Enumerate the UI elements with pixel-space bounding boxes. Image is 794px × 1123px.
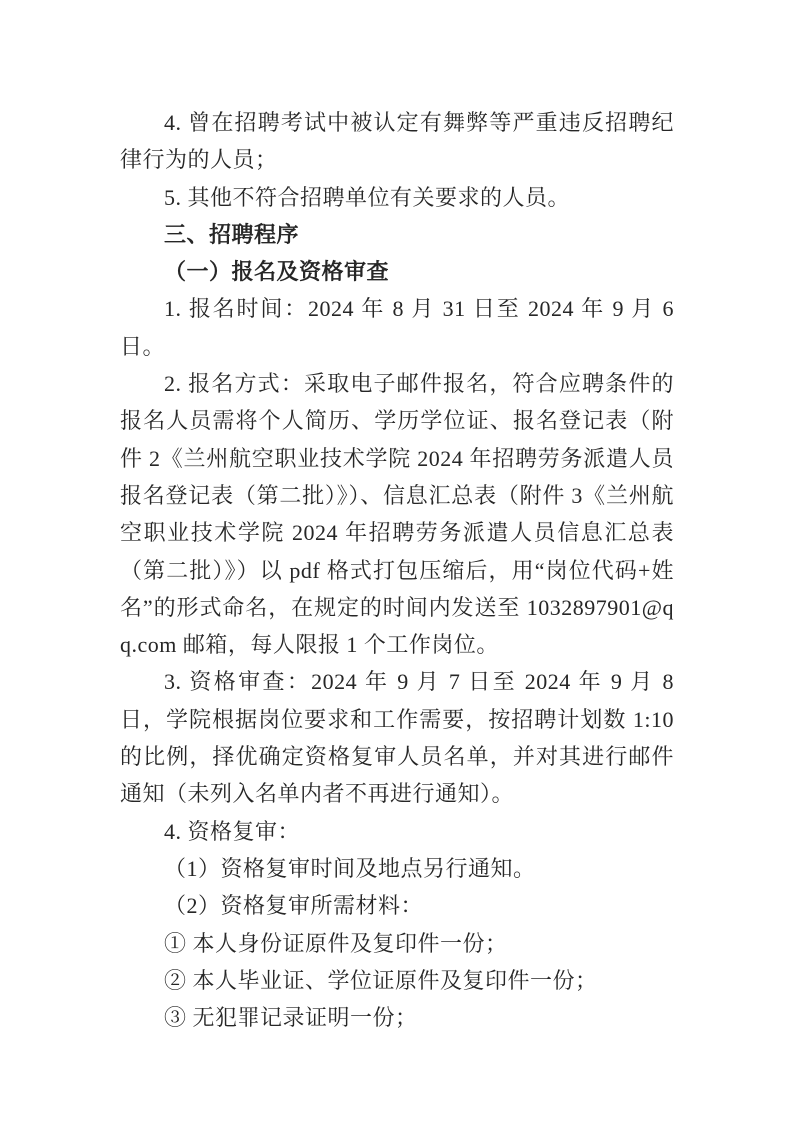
heading-subsection-1-registration-qualification: （一）报名及资格审查 bbox=[120, 253, 674, 290]
document-body: 4. 曾在招聘考试中被认定有舞弊等严重违反招聘纪律行为的人员； 5. 其他不符合… bbox=[120, 104, 674, 1036]
document-page: 4. 曾在招聘考试中被认定有舞弊等严重违反招聘纪律行为的人员； 5. 其他不符合… bbox=[0, 0, 794, 1123]
paragraph-qualification-review: 3. 资格审查：2024 年 9 月 7 日至 2024 年 9 月 8 日，学… bbox=[120, 663, 674, 812]
list-item-no-criminal-record-certificate: ③ 无犯罪记录证明一份； bbox=[120, 999, 674, 1036]
list-item-diploma-degree-original-copy: ② 本人毕业证、学位证原件及复印件一份； bbox=[120, 962, 674, 999]
paragraph-ineligible-item-5: 5. 其他不符合招聘单位有关要求的人员。 bbox=[120, 179, 674, 216]
paragraph-registration-time: 1. 报名时间：2024 年 8 月 31 日至 2024 年 9 月 6 日。 bbox=[120, 290, 674, 365]
paragraph-registration-method: 2. 报名方式：采取电子邮件报名，符合应聘条件的报名人员需将个人简历、学历学位证… bbox=[120, 365, 674, 663]
paragraph-recheck-materials-label: （2）资格复审所需材料： bbox=[120, 887, 674, 924]
paragraph-recheck-time-notice: （1）资格复审时间及地点另行通知。 bbox=[120, 850, 674, 887]
heading-section-3-recruitment-procedure: 三、招聘程序 bbox=[120, 216, 674, 253]
paragraph-qualification-recheck: 4. 资格复审： bbox=[120, 813, 674, 850]
list-item-id-card-original-copy: ① 本人身份证原件及复印件一份； bbox=[120, 925, 674, 962]
paragraph-ineligible-item-4: 4. 曾在招聘考试中被认定有舞弊等严重违反招聘纪律行为的人员； bbox=[120, 104, 674, 179]
